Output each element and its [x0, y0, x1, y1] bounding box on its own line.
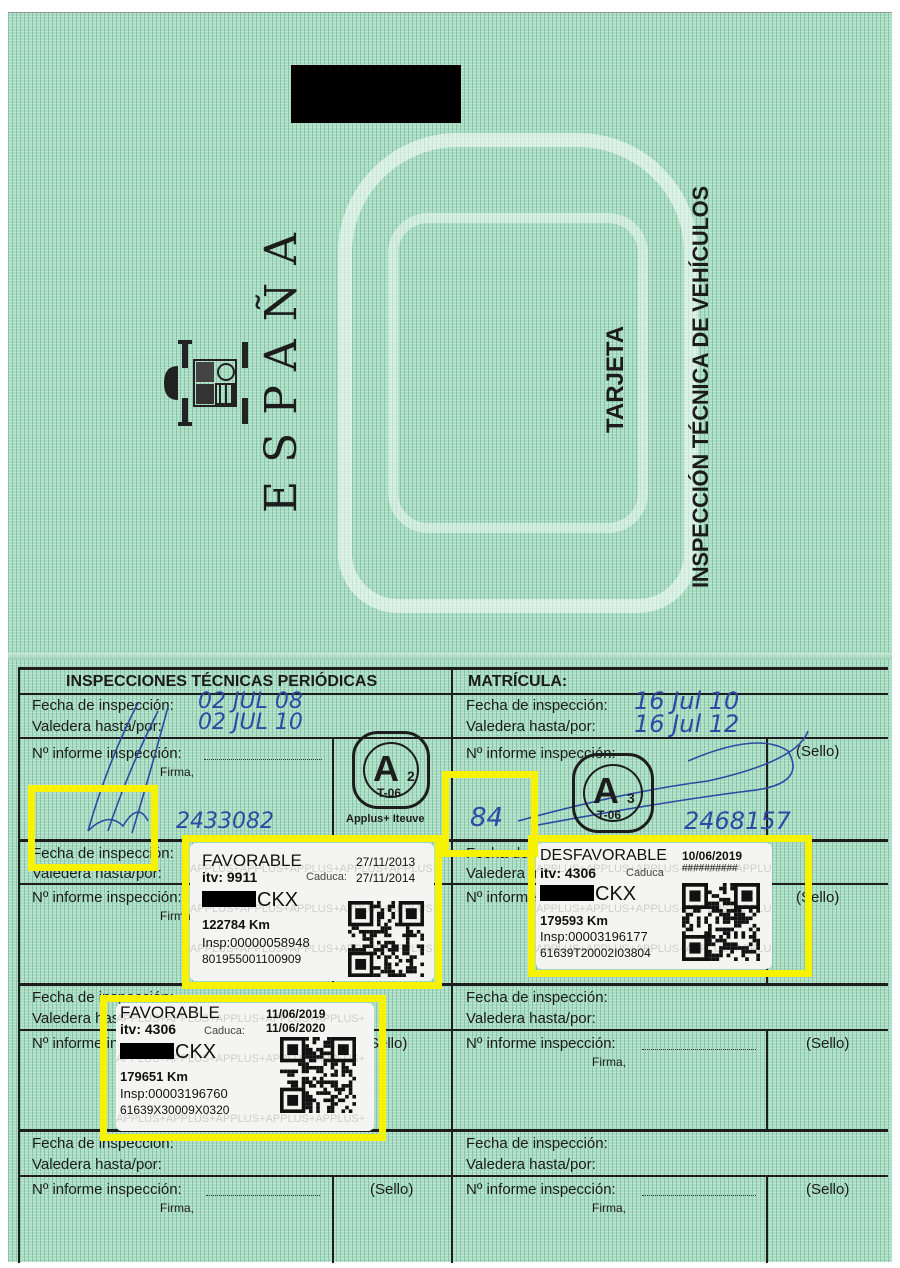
valedera-label: Valedera hasta/por:	[32, 1156, 162, 1173]
handwritten-number: 2433082	[176, 809, 274, 834]
row2-bottom-border	[18, 983, 888, 986]
highlight-box-number	[442, 771, 538, 857]
card-type-title: TARJETA	[602, 326, 630, 433]
form-top-border	[18, 667, 888, 670]
informe-label: Nº informe inspección:	[32, 1181, 182, 1198]
redacted-block	[291, 65, 461, 123]
country-title: ESPAÑA	[256, 215, 307, 513]
informe-dotted-line	[642, 1049, 756, 1050]
stamp-code: T-06	[377, 786, 401, 800]
informe-dotted-line	[642, 1195, 756, 1196]
highlight-box-sticker-1	[182, 835, 442, 989]
header-divider	[18, 693, 888, 695]
itv-card: ESPAÑA TARJETA INSPECCIÓN TÉCNICA DE VEH…	[8, 12, 892, 1262]
row1-left-sello-divider	[332, 737, 334, 839]
highlight-box-sticker-2	[528, 835, 812, 977]
right-header: MATRÍCULA:	[468, 673, 567, 691]
informe-label: Nº informe inspección:	[32, 889, 182, 906]
stamp-letter: A	[373, 748, 399, 790]
stamp-number: 2	[407, 768, 415, 784]
row4-right-sello-divider	[766, 1175, 768, 1263]
form-left-border	[18, 667, 20, 1263]
card-fold	[8, 653, 892, 659]
row3-right-sello-divider	[766, 1029, 768, 1129]
informe-label: Nº informe inspección:	[466, 1181, 616, 1198]
firma-label: Firma,	[592, 1201, 626, 1215]
sello-label: (Sello)	[806, 1035, 849, 1052]
highlight-box-signature	[28, 785, 158, 871]
valedera-label: Valedera hasta/por:	[466, 1156, 596, 1173]
stamp-letter: A	[593, 770, 619, 812]
itv-stamp-a3: A 3 T-06	[572, 753, 654, 833]
card-subtitle: INSPECCIÓN TÉCNICA DE VEHÍCULOS	[688, 186, 714, 588]
informe-label: Nº informe inspección:	[466, 1035, 616, 1052]
sello-label: (Sello)	[806, 1181, 849, 1198]
fecha-label: Fecha de inspección:	[466, 1135, 608, 1152]
row4-left-sello-divider	[332, 1175, 334, 1263]
firma-label: Firma,	[592, 1055, 626, 1069]
handwritten-valedera: 02 JUL 10	[198, 710, 303, 735]
fecha-label: Fecha de inspección:	[466, 697, 608, 714]
signature-icon	[508, 721, 828, 831]
itv-stamp-a2: A 2 T-06	[352, 731, 430, 809]
row4-mid-divider	[18, 1175, 888, 1177]
sello-label: (Sello)	[370, 1181, 413, 1198]
fecha-label: Fecha de inspección:	[466, 989, 608, 1006]
form-center-divider	[451, 667, 453, 1263]
stamp-code: T-06	[597, 808, 621, 822]
highlight-box-sticker-3	[100, 995, 386, 1141]
firma-label: Firma,	[160, 1201, 194, 1215]
stamp-caption: Applus+ Iteuve	[346, 813, 425, 825]
informe-dotted-line	[204, 759, 322, 760]
stamp-number: 3	[627, 790, 635, 806]
spain-coat-of-arms-icon	[160, 338, 252, 428]
valedera-label: Valedera hasta/por:	[466, 1010, 596, 1027]
informe-dotted-line	[206, 1195, 320, 1196]
card-cover: ESPAÑA TARJETA INSPECCIÓN TÉCNICA DE VEH…	[8, 13, 892, 653]
